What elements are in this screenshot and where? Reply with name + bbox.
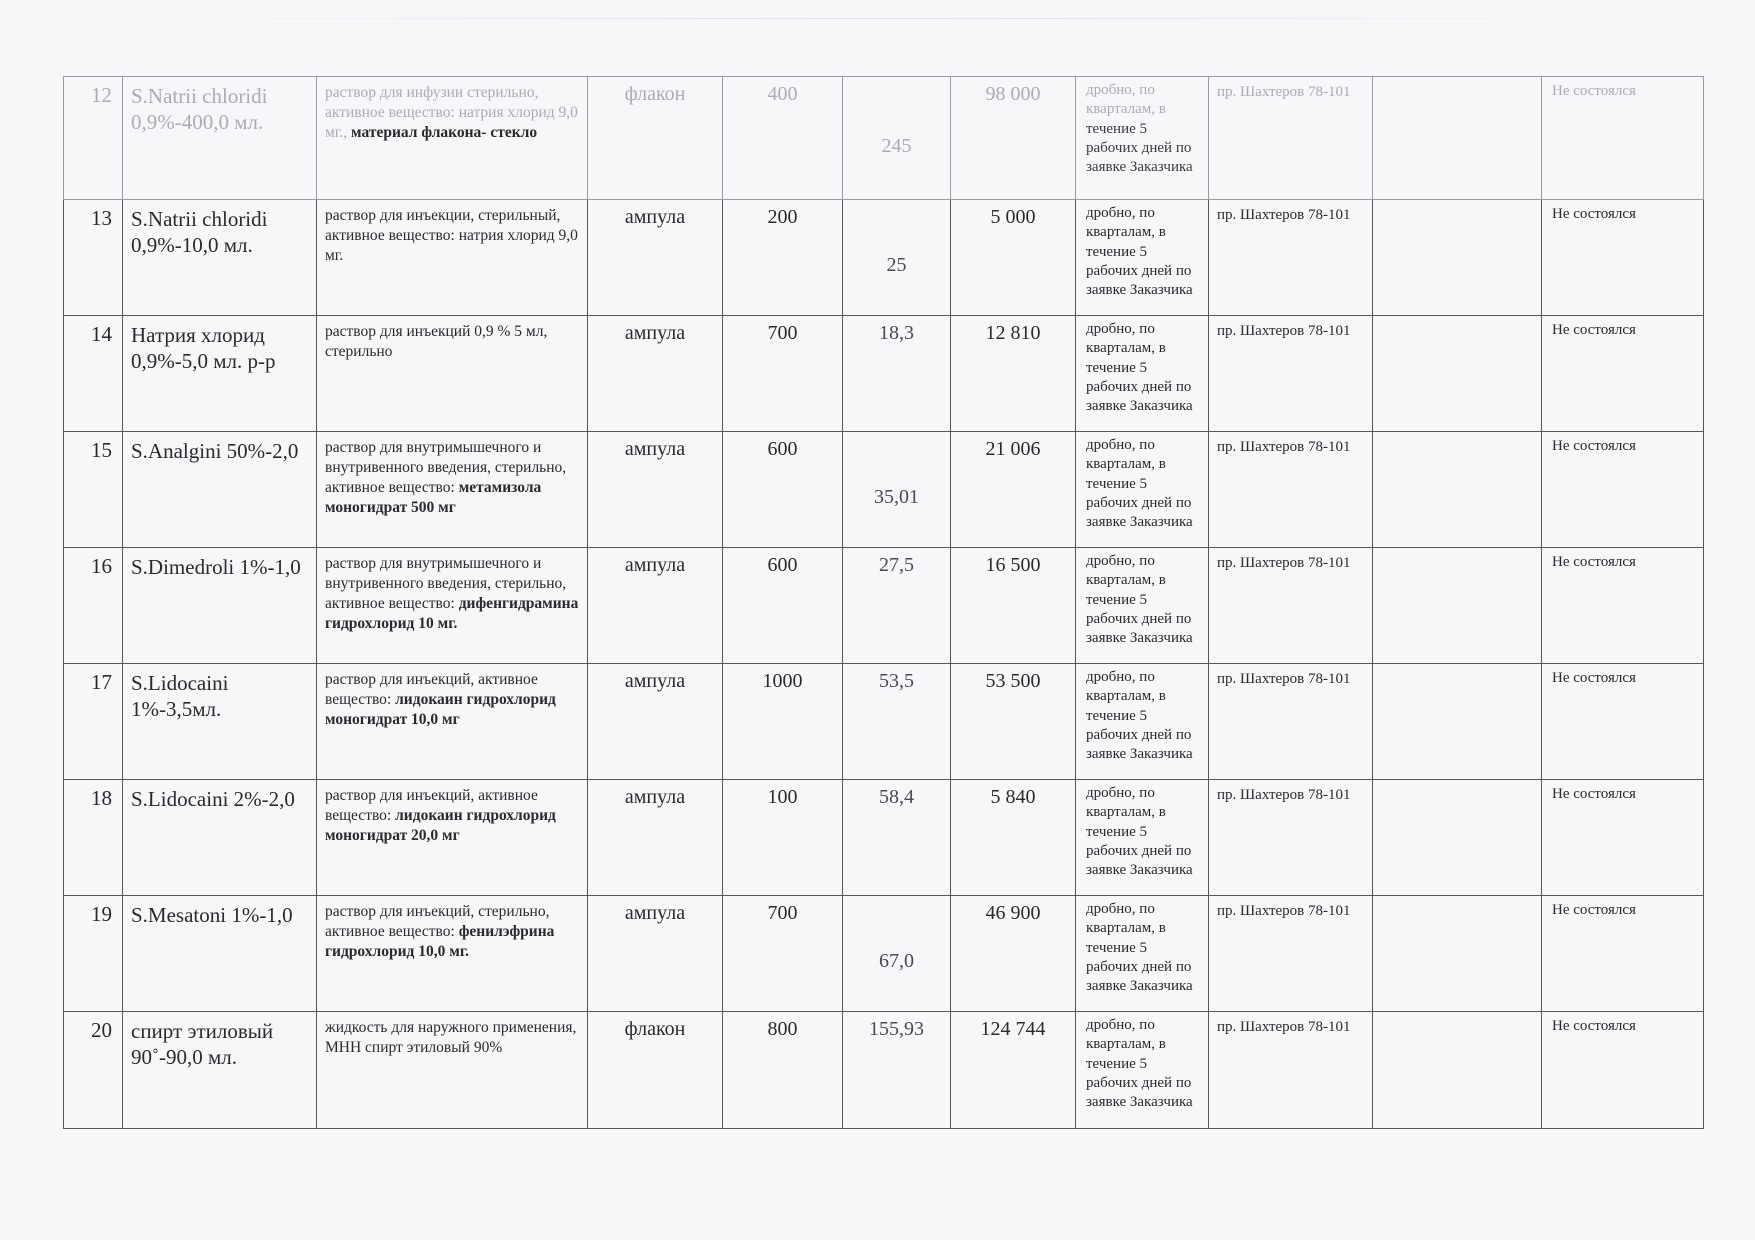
status-text: Не состоялся <box>1542 548 1704 664</box>
row-number: 17 <box>64 664 123 780</box>
table-row: 12 S.Natrii chloridi 0,9%-400,0 мл. раст… <box>64 77 1704 200</box>
delivery-address: пр. Шахтеров 78-101 <box>1209 896 1373 1012</box>
delivery-address: пр. Шахтеров 78-101 <box>1209 1012 1373 1129</box>
scan-artifact <box>60 18 1700 19</box>
drug-description: раствор для внутримышечного и внутривенн… <box>317 432 588 548</box>
table-row: 13 S.Natrii chloridi 0,9%-10,0 мл. раств… <box>64 200 1704 316</box>
quantity: 800 <box>723 1012 843 1129</box>
description-text: жидкость для наружного применения, МНН с… <box>325 1019 576 1056</box>
total-sum: 53 500 <box>951 664 1076 780</box>
row-number: 15 <box>64 432 123 548</box>
delivery-address: пр. Шахтеров 78-101 <box>1209 664 1373 780</box>
status-text: Не состоялся <box>1542 1012 1704 1129</box>
unit-price: 155,93 <box>843 1012 951 1129</box>
drug-name: S.Lidocaini 1%-3,5мл. <box>123 664 317 780</box>
total-sum: 46 900 <box>951 896 1076 1012</box>
table-body: 12 S.Natrii chloridi 0,9%-400,0 мл. раст… <box>64 77 1704 1129</box>
procurement-table: 12 S.Natrii chloridi 0,9%-400,0 мл. раст… <box>63 76 1704 1129</box>
delivery-terms: дробно, по кварталам, в течение 5 рабочи… <box>1076 200 1209 316</box>
status-text: Не состоялся <box>1542 432 1704 548</box>
row-number: 18 <box>64 780 123 896</box>
status-text: Не состоялся <box>1542 200 1704 316</box>
delivery-terms: дробно, по кварталам, в течение 5 рабочи… <box>1076 664 1209 780</box>
unit-price: 67,0 <box>843 896 951 1012</box>
empty-cell <box>1373 1012 1542 1129</box>
description-active-substance: материал флакона- стекло <box>351 124 537 141</box>
drug-description: раствор для инъекций, активное вещество:… <box>317 664 588 780</box>
unit-price: 18,3 <box>843 316 951 432</box>
row-number: 20 <box>64 1012 123 1129</box>
total-sum: 124 744 <box>951 1012 1076 1129</box>
unit-of-measure: флакон <box>588 1012 723 1129</box>
drug-description: раствор для инъекции, стерильный, активн… <box>317 200 588 316</box>
drug-description: раствор для инъекций, активное вещество:… <box>317 780 588 896</box>
unit-of-measure: ампула <box>588 664 723 780</box>
drug-name: S.Mesatoni 1%-1,0 <box>123 896 317 1012</box>
status-text: Не состоялся <box>1542 896 1704 1012</box>
row-number: 13 <box>64 200 123 316</box>
quantity: 200 <box>723 200 843 316</box>
unit-of-measure: ампула <box>588 548 723 664</box>
total-sum: 12 810 <box>951 316 1076 432</box>
drug-description: раствор для инфузии стерильно, активное … <box>317 77 588 200</box>
drug-description: раствор для инъекций 0,9 % 5 мл, стериль… <box>317 316 588 432</box>
row-number: 19 <box>64 896 123 1012</box>
delivery-terms: дробно, по кварталам, в течение 5 рабочи… <box>1076 896 1209 1012</box>
quantity: 1000 <box>723 664 843 780</box>
quantity: 600 <box>723 548 843 664</box>
table-row: 19 S.Mesatoni 1%-1,0 раствор для инъекци… <box>64 896 1704 1012</box>
drug-name: S.Dimedroli 1%-1,0 <box>123 548 317 664</box>
table-row: 15 S.Analgini 50%-2,0 раствор для внутри… <box>64 432 1704 548</box>
unit-of-measure: ампула <box>588 896 723 1012</box>
drug-name: S.Lidocaini 2%-2,0 <box>123 780 317 896</box>
delivery-address: пр. Шахтеров 78-101 <box>1209 780 1373 896</box>
table-row: 14 Натрия хлорид 0,9%-5,0 мл. р-р раство… <box>64 316 1704 432</box>
total-sum: 16 500 <box>951 548 1076 664</box>
delivery-terms: дробно, по кварталам, в течение 5 рабочи… <box>1076 316 1209 432</box>
empty-cell <box>1373 780 1542 896</box>
delivery-address: пр. Шахтеров 78-101 <box>1209 316 1373 432</box>
status-text: Не состоялся <box>1542 77 1704 200</box>
table-row: 17 S.Lidocaini 1%-3,5мл. раствор для инъ… <box>64 664 1704 780</box>
quantity: 700 <box>723 316 843 432</box>
delivery-terms: дробно, по кварталам, в течение 5 рабочи… <box>1076 1012 1209 1129</box>
unit-of-measure: ампула <box>588 780 723 896</box>
unit-of-measure: ампула <box>588 432 723 548</box>
status-text: Не состоялся <box>1542 316 1704 432</box>
row-number: 16 <box>64 548 123 664</box>
empty-cell <box>1373 77 1542 200</box>
row-number: 12 <box>64 77 123 200</box>
delivery-terms: дробно, по кварталам, в течение 5 рабочи… <box>1076 780 1209 896</box>
drug-name: S.Analgini 50%-2,0 <box>123 432 317 548</box>
unit-price: 35,01 <box>843 432 951 548</box>
drug-name: спирт этиловый 90˚-90,0 мл. <box>123 1012 317 1129</box>
delivery-address: пр. Шахтеров 78-101 <box>1209 77 1373 200</box>
empty-cell <box>1373 316 1542 432</box>
description-text: раствор для инъекции, стерильный, активн… <box>325 207 578 264</box>
total-sum: 98 000 <box>951 77 1076 200</box>
drug-description: раствор для внутримышечного и внутривенн… <box>317 548 588 664</box>
empty-cell <box>1373 896 1542 1012</box>
unit-price: 58,4 <box>843 780 951 896</box>
drug-name: Натрия хлорид 0,9%-5,0 мл. р-р <box>123 316 317 432</box>
unit-of-measure: флакон <box>588 77 723 200</box>
status-text: Не состоялся <box>1542 780 1704 896</box>
total-sum: 5 840 <box>951 780 1076 896</box>
empty-cell <box>1373 432 1542 548</box>
delivery-terms: дробно, по кварталам, в течение 5 рабочи… <box>1076 432 1209 548</box>
unit-price: 25 <box>843 200 951 316</box>
empty-cell <box>1373 548 1542 664</box>
table-row: 18 S.Lidocaini 2%-2,0 раствор для инъекц… <box>64 780 1704 896</box>
quantity: 600 <box>723 432 843 548</box>
scanned-page: 12 S.Natrii chloridi 0,9%-400,0 мл. раст… <box>0 0 1755 1240</box>
unit-of-measure: ампула <box>588 200 723 316</box>
unit-price: 27,5 <box>843 548 951 664</box>
empty-cell <box>1373 200 1542 316</box>
unit-price: 245 <box>843 77 951 200</box>
status-text: Не состоялся <box>1542 664 1704 780</box>
row-number: 14 <box>64 316 123 432</box>
description-text: раствор для инъекций 0,9 % 5 мл, стериль… <box>325 323 547 360</box>
delivery-address: пр. Шахтеров 78-101 <box>1209 548 1373 664</box>
drug-name: S.Natrii chloridi 0,9%-10,0 мл. <box>123 200 317 316</box>
table-row: 20 спирт этиловый 90˚-90,0 мл. жидкость … <box>64 1012 1704 1129</box>
empty-cell <box>1373 664 1542 780</box>
unit-of-measure: ампула <box>588 316 723 432</box>
drug-description: раствор для инъекций, стерильно, активно… <box>317 896 588 1012</box>
quantity: 100 <box>723 780 843 896</box>
table-row: 16 S.Dimedroli 1%-1,0 раствор для внутри… <box>64 548 1704 664</box>
drug-description: жидкость для наружного применения, МНН с… <box>317 1012 588 1129</box>
total-sum: 21 006 <box>951 432 1076 548</box>
quantity: 400 <box>723 77 843 200</box>
drug-name: S.Natrii chloridi 0,9%-400,0 мл. <box>123 77 317 200</box>
delivery-terms: дробно, по кварталам, в течение 5 рабочи… <box>1076 548 1209 664</box>
quantity: 700 <box>723 896 843 1012</box>
delivery-address: пр. Шахтеров 78-101 <box>1209 200 1373 316</box>
delivery-terms: дробно, по кварталам, в течение 5 рабочи… <box>1076 77 1209 200</box>
unit-price: 53,5 <box>843 664 951 780</box>
total-sum: 5 000 <box>951 200 1076 316</box>
delivery-address: пр. Шахтеров 78-101 <box>1209 432 1373 548</box>
